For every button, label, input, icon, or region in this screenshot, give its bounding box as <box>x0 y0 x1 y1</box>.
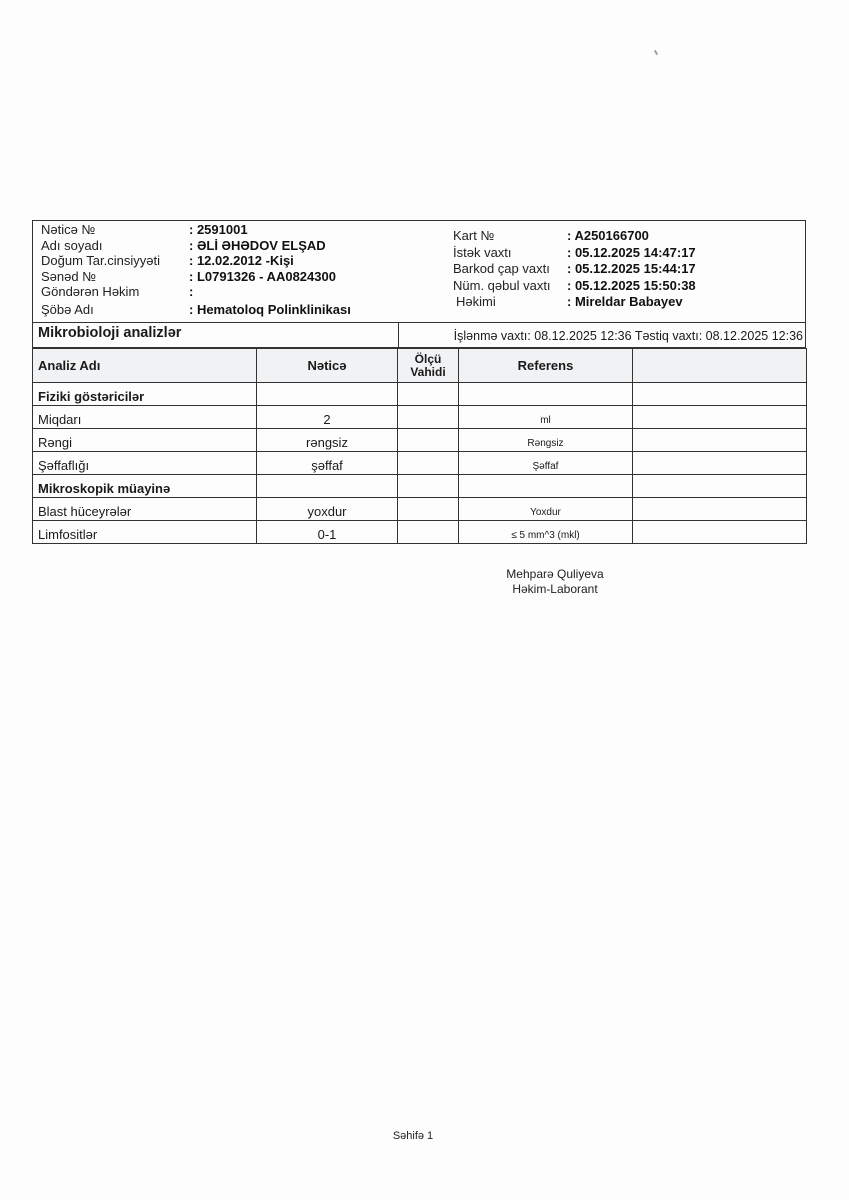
section-title: Mikrobioloji analizlər <box>33 323 399 347</box>
analysis-name-cell: Şəffaflığı <box>33 452 257 475</box>
signature-block: Mehparə Quliyeva Həkim-Laborant <box>490 567 620 597</box>
table-header-row: Analiz Adı Nəticə Ölçü Vahidi Referens <box>33 349 807 383</box>
info-value: : Hematoloq Polinklinikası <box>189 302 351 318</box>
scan-speck <box>654 50 658 55</box>
info-row-referring-doctor: Göndərən Həkim : <box>41 284 351 300</box>
info-value: : L0791326 - AA0824300 <box>189 269 336 285</box>
reference-cell: ≤ 5 mm^3 (mkl) <box>459 521 633 544</box>
analysis-name-cell: Limfositlər <box>33 521 257 544</box>
info-label: Şöbə Adı <box>41 302 189 318</box>
info-label: Nəticə № <box>41 222 189 238</box>
lab-report-page: Nəticə № : 2591001 Adı soyadı : ƏLİ ƏHƏD… <box>0 0 849 1200</box>
info-row-barcode-time: Barkod çap vaxtı : 05.12.2025 15:44:17 <box>453 261 696 278</box>
unit-cell <box>398 475 459 498</box>
col-header-unit: Ölçü Vahidi <box>398 349 459 383</box>
unit-cell <box>398 521 459 544</box>
result-cell: 0-1 <box>257 521 398 544</box>
unit-cell <box>398 429 459 452</box>
signer-role: Həkim-Laborant <box>490 582 620 597</box>
extra-cell <box>633 383 807 406</box>
results-table: Analiz Adı Nəticə Ölçü Vahidi Referens F… <box>32 348 807 544</box>
section-header: Mikrobioloji analizlər İşlənmə vaxtı: 08… <box>32 322 806 348</box>
unit-cell <box>398 406 459 429</box>
result-cell: yoxdur <box>257 498 398 521</box>
result-cell: rəngsiz <box>257 429 398 452</box>
col-header-unit-line1: Ölçü <box>415 352 442 366</box>
col-header-reference: Referens <box>459 349 633 383</box>
result-cell: şəffaf <box>257 452 398 475</box>
info-value: : A250166700 <box>567 228 649 245</box>
col-header-analysis-name: Analiz Adı <box>33 349 257 383</box>
extra-cell <box>633 521 807 544</box>
page-number: Səhifə 1 <box>370 1130 456 1142</box>
result-cell: 2 <box>257 406 398 429</box>
info-row-card-no: Kart № : A250166700 <box>453 228 696 245</box>
extra-cell <box>633 452 807 475</box>
extra-cell <box>633 475 807 498</box>
table-row: Miqdarı2ml <box>33 406 807 429</box>
info-label: Həkimi <box>453 294 567 311</box>
patient-info-left: Nəticə № : 2591001 Adı soyadı : ƏLİ ƏHƏD… <box>41 222 351 317</box>
analysis-name-cell: Miqdarı <box>33 406 257 429</box>
info-label: Göndərən Həkim <box>41 284 189 300</box>
info-value: : 2591001 <box>189 222 248 238</box>
analysis-name-cell: Blast hüceyrələr <box>33 498 257 521</box>
info-label: Kart № <box>453 228 567 245</box>
table-row: Limfositlər0-1≤ 5 mm^3 (mkl) <box>33 521 807 544</box>
analysis-name-cell: Fiziki göstəricilər <box>33 383 257 406</box>
col-header-extra <box>633 349 807 383</box>
info-value: : Mireldar Babayev <box>567 294 683 311</box>
patient-info-right: Kart № : A250166700 İstək vaxtı : 05.12.… <box>453 228 696 311</box>
extra-cell <box>633 406 807 429</box>
analysis-name-cell: Mikroskopik müayinə <box>33 475 257 498</box>
info-row-department: Şöbə Adı : Hematoloq Polinklinikası <box>41 302 351 318</box>
extra-cell <box>633 498 807 521</box>
reference-cell <box>459 383 633 406</box>
analysis-name-cell: Rəngi <box>33 429 257 452</box>
table-row: RəngirəngsizRəngsiz <box>33 429 807 452</box>
result-cell <box>257 475 398 498</box>
info-value: : <box>189 284 193 300</box>
result-cell <box>257 383 398 406</box>
unit-cell <box>398 498 459 521</box>
info-value: : 05.12.2025 14:47:17 <box>567 245 696 262</box>
signer-name: Mehparə Quliyeva <box>490 567 620 582</box>
info-value: : 12.02.2012 -Kişi <box>189 253 294 269</box>
results-body: Fiziki göstəricilərMiqdarı2mlRəngirəngsi… <box>33 383 807 544</box>
extra-cell <box>633 429 807 452</box>
unit-cell <box>398 383 459 406</box>
col-header-unit-line2: Vahidi <box>410 365 445 379</box>
table-row: Blast hüceyrələryoxdurYoxdur <box>33 498 807 521</box>
info-row-full-name: Adı soyadı : ƏLİ ƏHƏDOV ELŞAD <box>41 238 351 254</box>
table-group-row: Mikroskopik müayinə <box>33 475 807 498</box>
info-label: Adı soyadı <box>41 238 189 254</box>
info-row-sample-received-time: Nüm. qəbul vaxtı : 05.12.2025 15:50:38 <box>453 278 696 295</box>
table-group-row: Fiziki göstəricilər <box>33 383 807 406</box>
info-row-result-no: Nəticə № : 2591001 <box>41 222 351 238</box>
info-label: Nüm. qəbul vaxtı <box>453 278 567 295</box>
info-label: Sənəd № <box>41 269 189 285</box>
reference-cell: ml <box>459 406 633 429</box>
info-row-doctor: Həkimi : Mireldar Babayev <box>453 294 696 311</box>
unit-cell <box>398 452 459 475</box>
info-label: Barkod çap vaxtı <box>453 261 567 278</box>
patient-info-box: Nəticə № : 2591001 Adı soyadı : ƏLİ ƏHƏD… <box>32 220 806 322</box>
reference-cell: Rəngsiz <box>459 429 633 452</box>
col-header-result: Nəticə <box>257 349 398 383</box>
info-row-request-time: İstək vaxtı : 05.12.2025 14:47:17 <box>453 245 696 262</box>
info-label: Doğum Tar.cinsiyyəti <box>41 253 189 269</box>
info-value: : 05.12.2025 15:50:38 <box>567 278 696 295</box>
info-row-document-no: Sənəd № : L0791326 - AA0824300 <box>41 269 351 285</box>
reference-cell: Şəffaf <box>459 452 633 475</box>
processing-approval-times: İşlənmə vaxtı: 08.12.2025 12:36 Təstiq v… <box>399 323 805 347</box>
info-row-birth-gender: Doğum Tar.cinsiyyəti : 12.02.2012 -Kişi <box>41 253 351 269</box>
info-value: : 05.12.2025 15:44:17 <box>567 261 696 278</box>
reference-cell <box>459 475 633 498</box>
reference-cell: Yoxdur <box>459 498 633 521</box>
info-label: İstək vaxtı <box>453 245 567 262</box>
table-row: ŞəffaflığışəffafŞəffaf <box>33 452 807 475</box>
info-value: : ƏLİ ƏHƏDOV ELŞAD <box>189 238 326 254</box>
